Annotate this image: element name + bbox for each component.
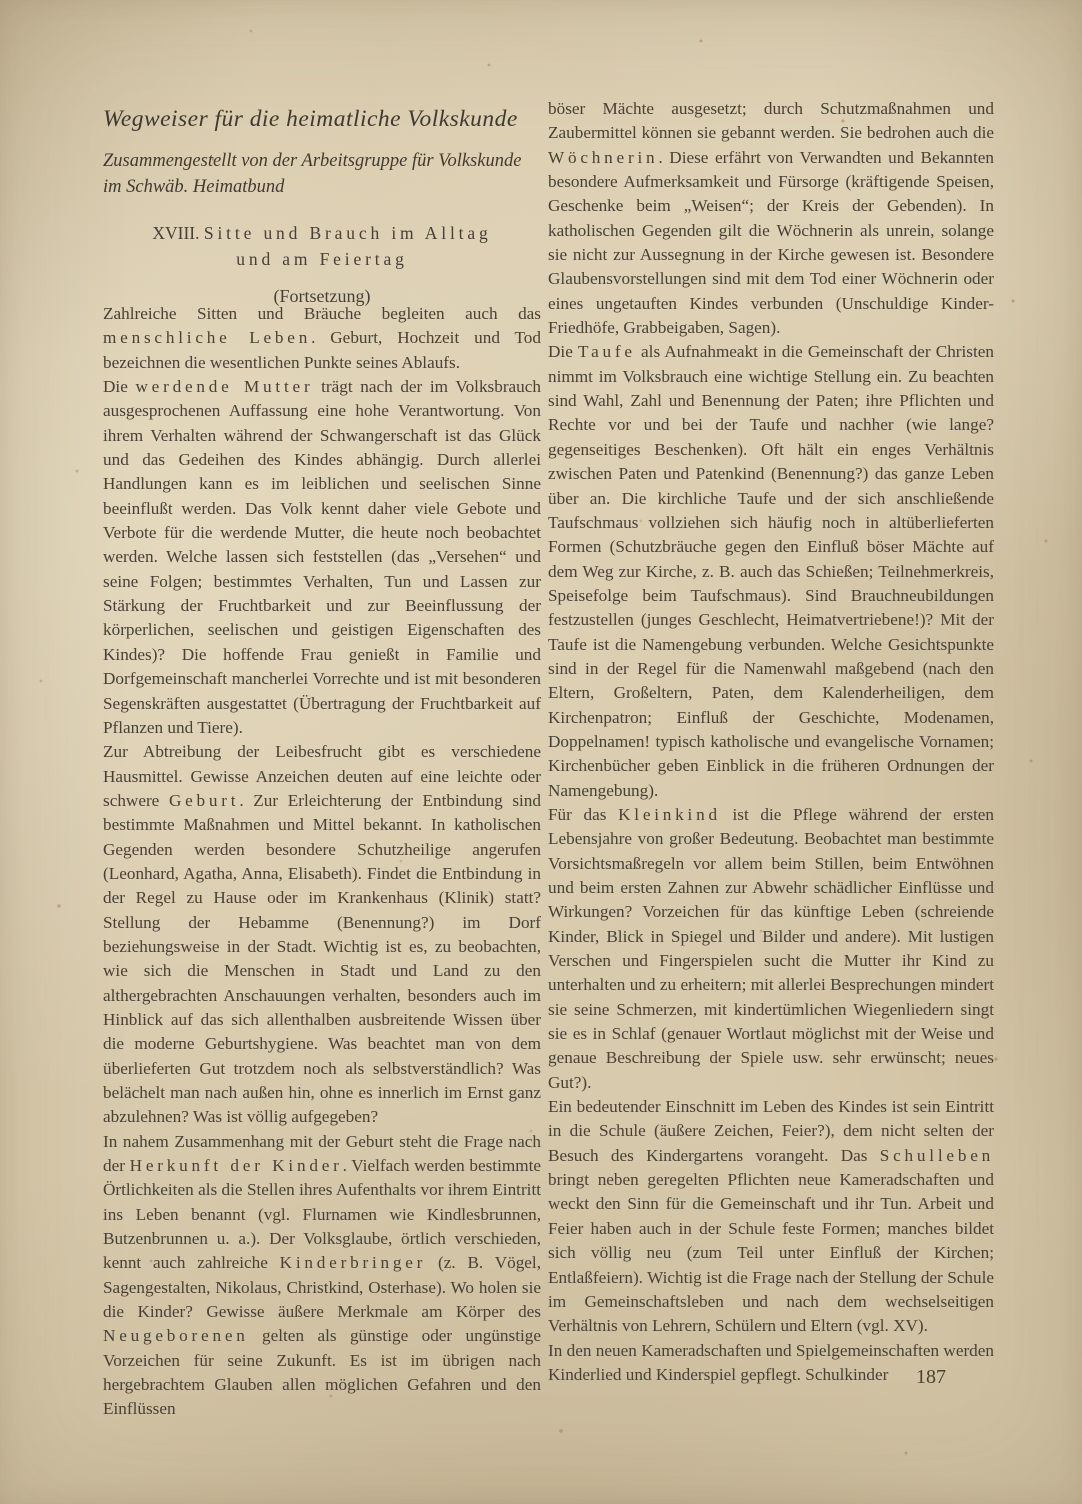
paragraph: Die werdende Mutter trägt nach der im Vo… xyxy=(103,375,541,740)
paragraph: Zahlreiche Sitten und Bräuche begleiten … xyxy=(103,302,541,375)
article-title: Wegweiser für die heimatliche Volkskunde xyxy=(103,104,541,134)
article-header: Wegweiser für die heimatliche Volkskunde… xyxy=(103,104,541,307)
paragraph: Zur Abtreibung der Leibesfrucht gibt es … xyxy=(103,740,541,1130)
right-column: böser Mächte ausgesetzt; durch Schutzmaß… xyxy=(548,97,994,1387)
article-subtitle-line1: Zusammengestellt von der Arbeitsgruppe f… xyxy=(103,148,541,174)
section-heading: XVIII. Sitte und Brauch im Alltag und am… xyxy=(103,220,541,272)
article-subtitle-line2: im Schwäb. Heimatbund xyxy=(103,174,541,200)
left-column: Zahlreiche Sitten und Bräuche begleiten … xyxy=(103,302,541,1422)
paragraph: Für das Kleinkind ist die Pflege während… xyxy=(548,803,994,1095)
paragraph: Ein bedeutender Einschnitt im Leben des … xyxy=(548,1095,994,1338)
section-heading-line1: XVIII. Sitte und Brauch im Alltag xyxy=(103,220,541,246)
page-number: 187 xyxy=(916,1366,946,1389)
article-subtitle: Zusammengestellt von der Arbeitsgruppe f… xyxy=(103,148,541,200)
paragraph: In nahem Zusammenhang mit der Geburt ste… xyxy=(103,1130,541,1422)
scanned-book-page: { "header": { "title": "Wegweiser für di… xyxy=(0,0,1082,1504)
section-heading-line2: und am Feiertag xyxy=(103,246,541,272)
paper-specks xyxy=(0,0,2,2)
paragraph: Die Taufe als Aufnahmeakt in die Gemeins… xyxy=(548,340,994,803)
paragraph: böser Mächte ausgesetzt; durch Schutzmaß… xyxy=(548,97,994,340)
